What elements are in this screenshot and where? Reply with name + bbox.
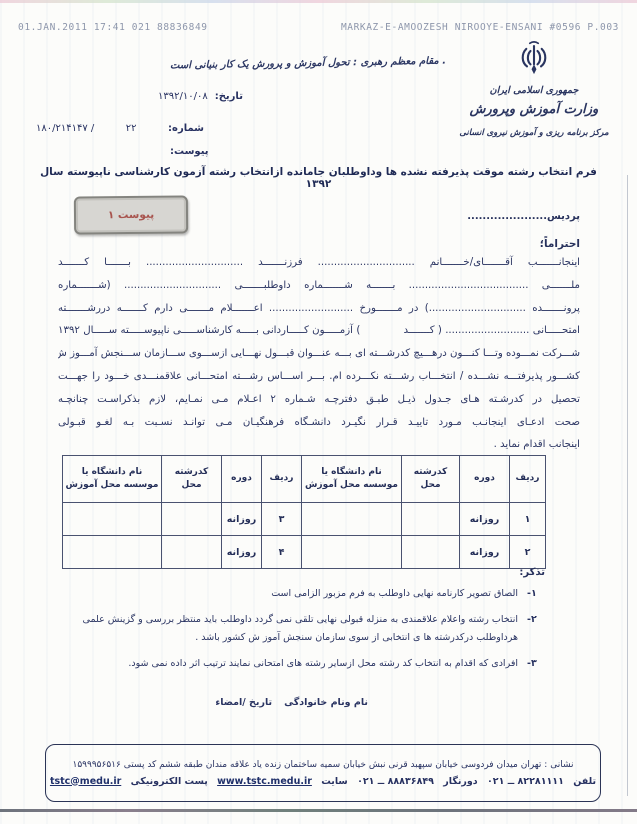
fax-number: ۸۸۸۳۶۸۴۹ ــ ۰۲۱ <box>357 776 434 787</box>
footer-contact-box: نشانی : تهران میدان فردوسی خیابان سپهبد … <box>45 744 601 802</box>
body-line: شـــرکت نمـــوده وتـــا کنـــون درهـــیچ… <box>58 343 580 366</box>
table-cell <box>162 503 222 536</box>
header-row-number: ردیف <box>510 456 546 503</box>
table-cell <box>402 503 460 536</box>
phone-label: تلفن <box>573 776 596 787</box>
form-title: فرم انتخاب رشته موقت پذیرفته نشده ها ودا… <box>28 166 609 190</box>
header-university-name: نام دانشگاه یا موسسه محل آموزش <box>302 456 402 503</box>
table-cell <box>302 536 402 569</box>
page-edge-shadow <box>627 175 628 796</box>
letterhead-center-name: مرکز برنامه ریزی و آموزش نیروی انسانی <box>445 128 623 138</box>
body-line: ملـــــــی .............................… <box>58 275 580 298</box>
phone-number: ۸۲۲۸۱۱۱۱ ــ ۰۲۱ <box>487 776 564 787</box>
meta-number-row: ۱۸۰/۲۱۴۱۴۷ / ۲۲ شماره: <box>36 123 204 134</box>
table-cell: روزانه <box>460 503 510 536</box>
table-cell: ۱ <box>510 503 546 536</box>
table-header-row: ردیف دوره کدرشته محل نام دانشگاه یا موسس… <box>63 456 546 503</box>
table-cell <box>63 503 162 536</box>
table-cell: ۲ <box>510 536 546 569</box>
note-item: -۱ الصاق تصویر کارنامه نهایی داوطلب به ف… <box>40 585 545 604</box>
footer-address: نشانی : تهران میدان فردوسی خیابان سپهبد … <box>46 760 600 770</box>
notes-heading: تذکر: <box>519 567 545 578</box>
body-line: صحت ادعـای اینجانـب مـورد تاییـد قـرار ن… <box>58 412 580 435</box>
fax-document-page: 01.JAN.2011 17:41 021 88836849 MARKAZ-E-… <box>0 0 637 824</box>
attachment-label: پیوست: <box>170 146 209 157</box>
note-text: افرادی که اقدام به انتخاب کد رشته محل از… <box>40 655 518 674</box>
note-item: -۲ انتخاب رشته واعلام علاقمندی به منزله … <box>40 611 545 648</box>
scan-edge-line <box>0 809 637 812</box>
email-label: پست الکترونیکی <box>131 776 208 787</box>
number-label: شماره: <box>168 123 204 134</box>
body-line: تحصیل در کدرشـته هـای جـدول ذیـل طبـق دف… <box>58 389 580 412</box>
fax-header-left: 01.JAN.2011 17:41 021 88836849 <box>18 22 208 33</box>
body-line: کشـــور پذیرفتـــه نشـــده / انتخـــاب ر… <box>58 366 580 389</box>
form-body-paragraph: اینجانـــــــب آقـــــــای/خـــــــانم .… <box>58 252 580 457</box>
iran-allah-emblem-icon <box>520 40 548 80</box>
notes-list: -۱ الصاق تصویر کارنامه نهایی داوطلب به ف… <box>40 585 545 680</box>
date-label: تاریخ: <box>215 91 243 102</box>
letterhead-country: جمهوری اسلامی ایران <box>445 85 623 96</box>
number-value: ۲۲ <box>126 123 137 134</box>
body-line: اینجانـــــــب آقـــــــای/خـــــــانم .… <box>58 252 580 275</box>
header-field-code: کدرشته محل <box>162 456 222 503</box>
letterhead: جمهوری اسلامی ایران وزارت آموزش وپرورش م… <box>445 40 623 138</box>
table-cell: روزانه <box>222 503 262 536</box>
scan-noise-strip <box>0 0 637 3</box>
website-link[interactable]: www.tstc.medu.ir <box>217 776 312 787</box>
note-number: -۳ <box>527 655 545 674</box>
website-label: سایت <box>321 776 348 787</box>
signature-name-label: نام ونام خانوادگی <box>284 697 368 708</box>
attachment-1-stamp: پیوست ۱ <box>74 196 188 235</box>
fax-label: دورنگار <box>443 776 477 787</box>
table-row: ۱ روزانه ۳ روزانه <box>63 503 546 536</box>
meta-date-row: ۱۳۹۲/۱۰/۰۸ تاریخ: <box>158 91 243 102</box>
header-university-name: نام دانشگاه یا موسسه محل آموزش <box>63 456 162 503</box>
number-value-secondary: ۱۸۰/۲۱۴۱۴۷ / <box>36 123 94 134</box>
body-line: امتحـــــانی .......................... … <box>58 320 580 343</box>
header-period: دوره <box>222 456 262 503</box>
letterhead-ministry: وزارت آموزش وپرورش <box>445 102 623 117</box>
table-cell <box>302 503 402 536</box>
fax-header-right: MARKAZ-E-AMOOZESH NIROOYE-ENSANI #0596 P… <box>341 22 619 33</box>
signature-line: نام ونام خانوادگی تاریخ /امضاء <box>208 697 368 708</box>
table-cell <box>162 536 222 569</box>
letterhead-slogan: مقام معظم رهبری : تحول آموزش و پرورش یک … <box>158 55 458 71</box>
header-period: دوره <box>460 456 510 503</box>
date-value: ۱۳۹۲/۱۰/۰۸ <box>158 91 208 102</box>
note-item: -۳ افرادی که اقدام به انتخاب کد رشته محل… <box>40 655 545 674</box>
note-text: الصاق تصویر کارنامه نهایی داوطلب به فرم … <box>40 585 518 604</box>
signature-date-label: تاریخ /امضاء <box>215 697 272 708</box>
body-line: اینجانب اقدام نماید . <box>58 434 580 457</box>
fax-transmission-header: 01.JAN.2011 17:41 021 88836849 MARKAZ-E-… <box>18 22 619 33</box>
table-cell <box>402 536 460 569</box>
body-line: پرونـــــــده ..........................… <box>58 298 580 321</box>
email-link[interactable]: tstc@medu.ir <box>50 776 121 787</box>
stamp-label: پیوست ۱ <box>108 209 154 221</box>
table-cell: روزانه <box>222 536 262 569</box>
header-field-code: کدرشته محل <box>402 456 460 503</box>
note-number: -۲ <box>527 611 545 648</box>
campus-line: پردیس..................... <box>405 211 580 222</box>
note-number: -۱ <box>527 585 545 604</box>
note-text: انتخاب رشته واعلام علاقمندی به منزله قبو… <box>40 611 518 648</box>
table-cell: ۴ <box>262 536 302 569</box>
footer-contact-line: تلفن ۸۲۲۸۱۱۱۱ ــ ۰۲۱ دورنگار ۸۸۸۳۶۸۴۹ ــ… <box>46 776 600 787</box>
table-cell <box>63 536 162 569</box>
table-row: ۲ روزانه ۴ روزانه <box>63 536 546 569</box>
meta-attachment-row: پیوست: <box>170 146 209 157</box>
header-row-number: ردیف <box>262 456 302 503</box>
table-cell: روزانه <box>460 536 510 569</box>
table-cell: ۳ <box>262 503 302 536</box>
field-selection-table: ردیف دوره کدرشته محل نام دانشگاه یا موسس… <box>62 455 546 569</box>
salutation: احتراماً؛ <box>540 238 580 250</box>
